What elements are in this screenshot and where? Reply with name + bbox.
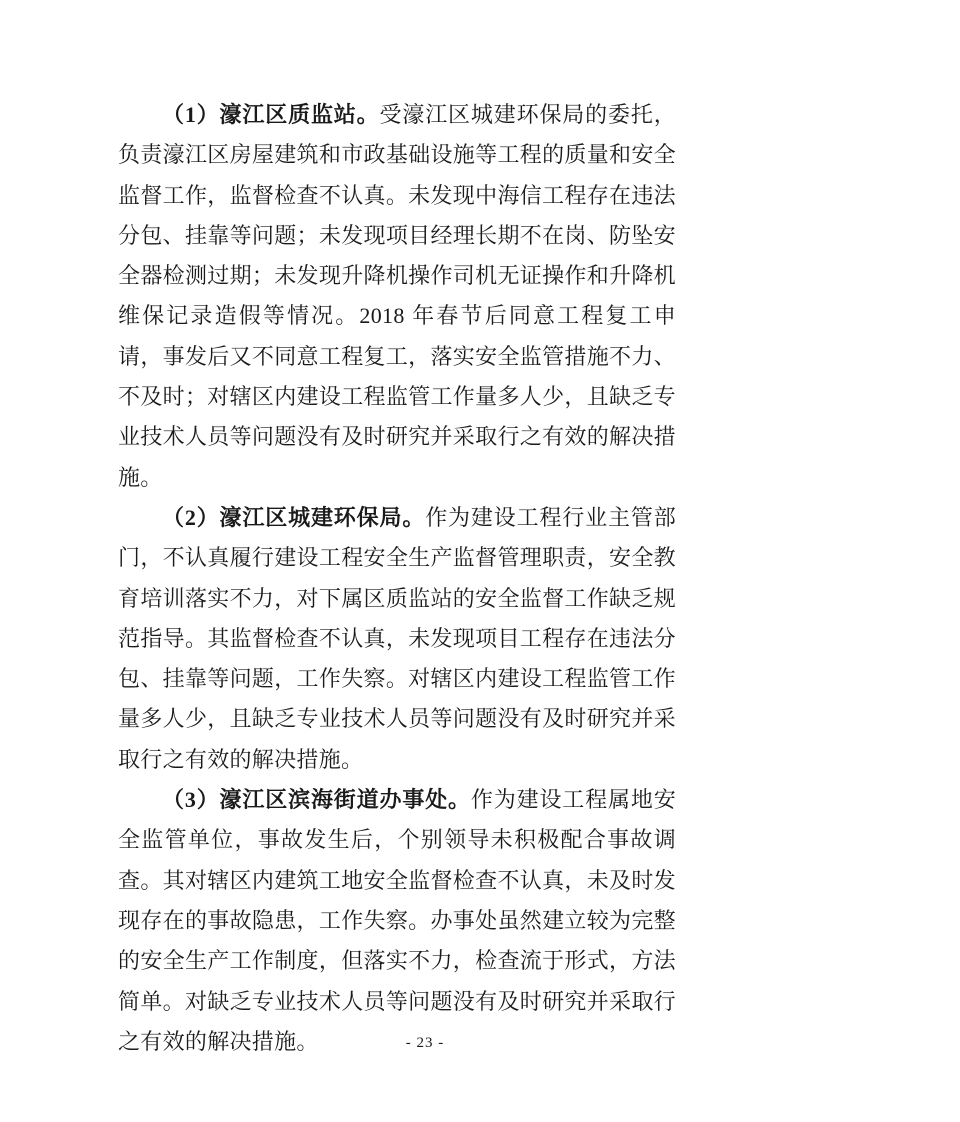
paragraph-1: （1）濠江区质监站。受濠江区城建环保局的委托，负责濠江区房屋建筑和市政基础设施等… <box>118 95 676 498</box>
paragraph-1-heading: （1）濠江区质监站。 <box>162 102 380 127</box>
paragraph-3-heading: （3）濠江区滨海街道办事处。 <box>162 787 471 812</box>
paragraph-2-body: 作为建设工程行业主管部门，不认真履行建设工程安全生产监督管理职责，安全教育培训落… <box>118 505 676 772</box>
paragraph-2: （2）濠江区城建环保局。作为建设工程行业主管部门，不认真履行建设工程安全生产监督… <box>118 498 676 780</box>
paragraph-2-heading: （2）濠江区城建环保局。 <box>162 505 425 530</box>
page-number: - 23 - <box>0 1033 850 1053</box>
paragraph-3: （3）濠江区滨海街道办事处。作为建设工程属地安全监管单位，事故发生后，个别领导未… <box>118 780 676 1062</box>
report-text-block: （1）濠江区质监站。受濠江区城建环保局的委托，负责濠江区房屋建筑和市政基础设施等… <box>118 95 676 1062</box>
paragraph-1-body: 受濠江区城建环保局的委托，负责濠江区房屋建筑和市政基础设施等工程的质量和安全监督… <box>118 102 676 490</box>
document-page: （1）濠江区质监站。受濠江区城建环保局的委托，负责濠江区房屋建筑和市政基础设施等… <box>0 0 960 1122</box>
paragraph-3-body: 作为建设工程属地安全监管单位，事故发生后，个别领导未积极配合事故调查。其对辖区内… <box>118 787 676 1054</box>
